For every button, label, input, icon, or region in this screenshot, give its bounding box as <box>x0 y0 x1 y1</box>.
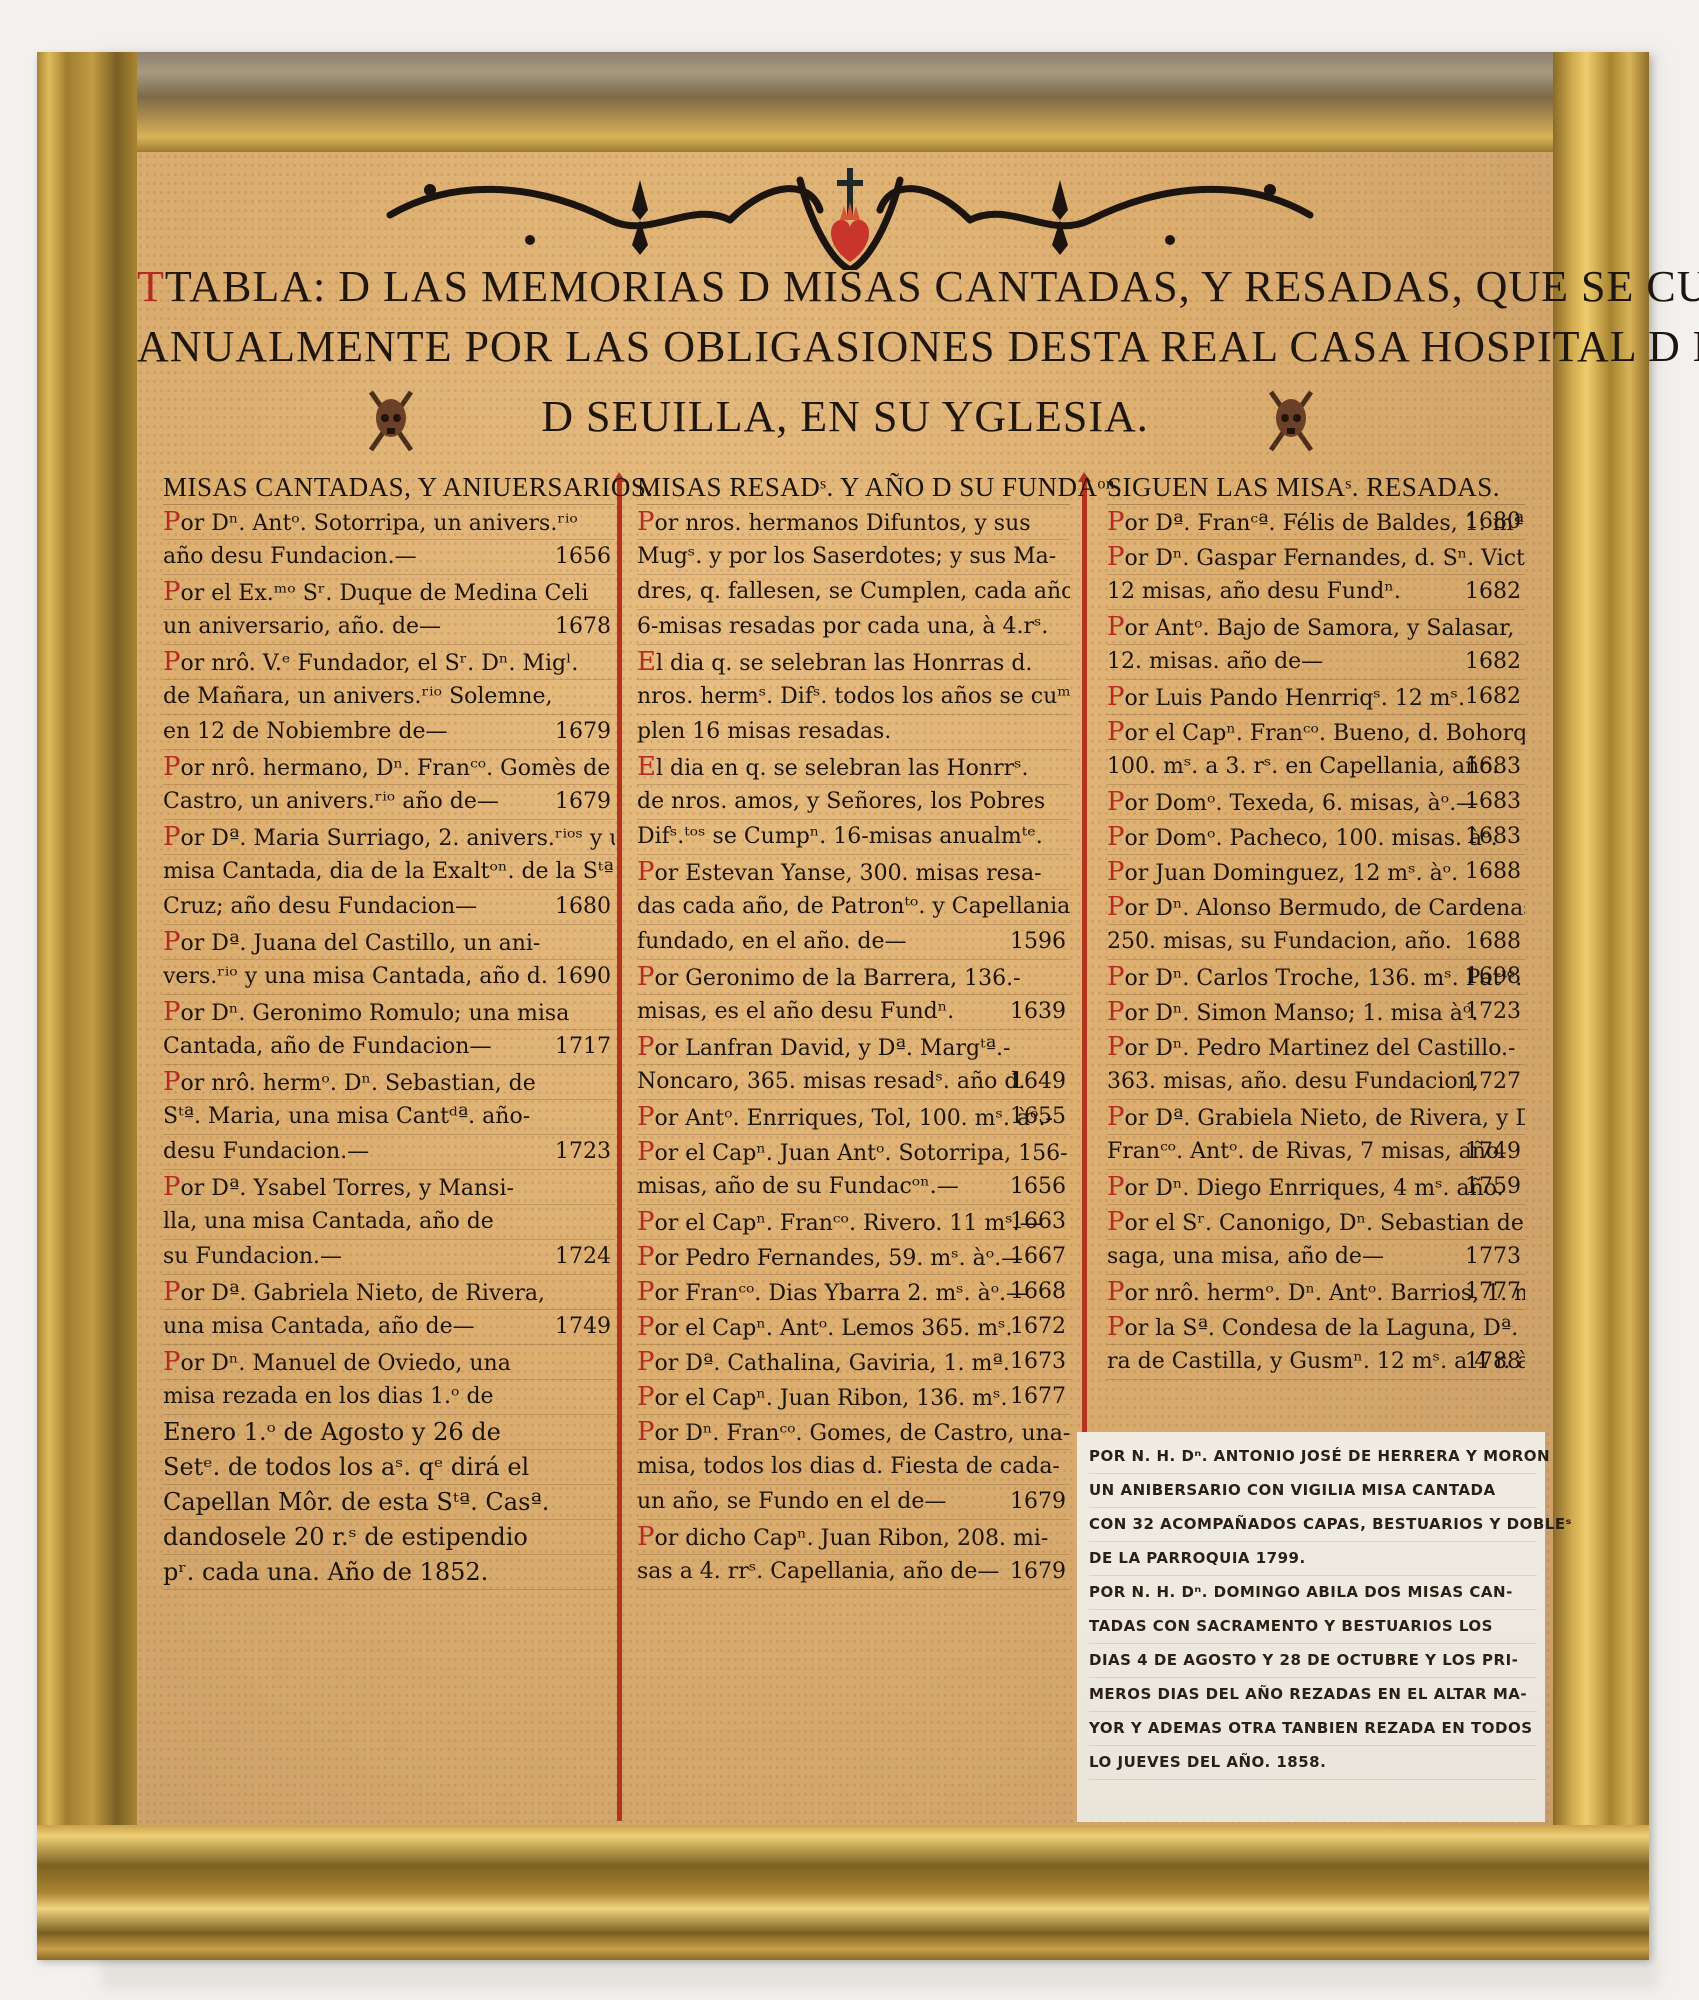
red-initial: P <box>637 507 655 537</box>
entry-line: Por Domᵒ. Texeda, 6. misas, àᵒ.—1683 <box>1107 785 1525 820</box>
red-initial: P <box>163 1277 181 1307</box>
column-heading: SIGUEN LAS MISAˢ. RESADAS. <box>1107 470 1525 505</box>
entry-line: Noncaro, 365. misas resadˢ. año d.1649 <box>637 1065 1070 1100</box>
entry-line: Por el Ex.ᵐᵒ Sʳ. Duque de Medina Celi <box>163 575 615 610</box>
entry-line: Por Dª. Ysabel Torres, y Mansi- <box>163 1170 615 1205</box>
entry-line: Por Dⁿ. Pedro Martinez del Castillo.- <box>1107 1030 1525 1065</box>
addendum-line: dandosele 20 r.ˢ de estipendio <box>163 1520 615 1555</box>
entry-line: Por Pedro Fernandes, 59. mˢ. àᵒ.—1667 <box>637 1240 1070 1275</box>
placard-line: DIAS 4 DE AGOSTO Y 28 DE OCTUBRE Y LOS P… <box>1089 1644 1537 1678</box>
entry-line: Por Antᵒ. Enrriques, Tol, 100. mˢ. àᵒ.-1… <box>637 1100 1070 1135</box>
entry-line: Por Franᶜᵒ. Dias Ybarra 2. mˢ. àᵒ.—1668 <box>637 1275 1070 1310</box>
entry-line: Por Dⁿ. Franᶜᵒ. Gomes, de Castro, una- <box>637 1415 1070 1450</box>
entry-line: Por Luis Pando Henrriqˢ. 12 mˢ.1682 <box>1107 680 1525 715</box>
red-initial: P <box>1107 682 1125 712</box>
entry-line: dres, q. fallesen, se Cumplen, cada año <box>637 575 1070 610</box>
entry-line: Por Dª. Maria Surriago, 2. anivers.ʳⁱᵒˢ … <box>163 820 615 855</box>
title-line-3: D SEUILLA, EN SU YGLESIA. <box>137 392 1553 442</box>
placard-line: CON 32 ACOMPAÑADOS CAPAS, BESTUARIOS Y D… <box>1089 1508 1537 1542</box>
red-initial: P <box>163 927 181 957</box>
red-initial: P <box>1107 612 1125 642</box>
entry-line: das cada año, de Patronᵗᵒ. y Capellania <box>637 890 1070 925</box>
entry-line: vers.ʳⁱᵒ y una misa Cantada, año d.1690 <box>163 960 615 995</box>
entry-line: de nros. amos, y Señores, los Pobres <box>637 785 1070 820</box>
entry-line: 363. misas, año. desu Fundacion,1727 <box>1107 1065 1525 1100</box>
entry-line: plen 16 misas resadas. <box>637 715 1070 750</box>
entry-line: Por Dⁿ. Gaspar Fernandes, d. Sⁿ. Victorˢ… <box>1107 540 1525 575</box>
red-initial: E <box>637 647 656 677</box>
red-initial: P <box>637 857 655 887</box>
red-initial: P <box>637 1277 655 1307</box>
red-initial: P <box>1107 1172 1125 1202</box>
entry-line: Por nrô. hermano, Dⁿ. Franᶜᵒ. Gomès de <box>163 750 615 785</box>
red-initial: E <box>637 752 656 782</box>
entry-line: Cruz; año desu Fundacion—1680 <box>163 890 615 925</box>
entry-line: Por nrô. V.ᵉ Fundador, el Sʳ. Dⁿ. Migˡ. <box>163 645 615 680</box>
entry-line: Por nros. hermanos Difuntos, y sus <box>637 505 1070 540</box>
entry-line: Por Dª. Juana del Castillo, un ani- <box>163 925 615 960</box>
red-initial: P <box>1107 1277 1125 1307</box>
red-initial: P <box>163 822 181 852</box>
red-initial: P <box>637 1207 655 1237</box>
placard-line: YOR Y ADEMAS OTRA TANBIEN REZADA EN TODO… <box>1089 1712 1537 1746</box>
entry-line: Por el Sʳ. Canonigo, Dⁿ. Sebastian de Lo… <box>1107 1205 1525 1240</box>
red-initial: P <box>163 752 181 782</box>
addendum-line: Capellan Môr. de esta Sᵗª. Casª. <box>163 1485 615 1520</box>
ornament-flourish <box>370 160 1330 270</box>
entry-line: El dia en q. se selebran las Honrrˢ. <box>637 750 1070 785</box>
entry-line: Por Domᵒ. Pacheco, 100. misas. àᵒ.1683 <box>1107 820 1525 855</box>
entry-line: Por Estevan Yanse, 300. misas resa- <box>637 855 1070 890</box>
entry-line: misa Cantada, dia de la Exaltᵒⁿ. de la S… <box>163 855 615 890</box>
entry-line: Por el Capⁿ. Franᶜᵒ. Bueno, d. Bohorqˢ. <box>1107 715 1525 750</box>
entry-line: ra de Castilla, y Gusmⁿ. 12 mˢ. a 4 r. à… <box>1107 1345 1525 1380</box>
red-initial: P <box>1107 997 1125 1027</box>
red-initial: P <box>1107 1312 1125 1342</box>
entry-line: Difˢ.ᵗᵒˢ se Cumpⁿ. 16-misas anualmᵗᵉ. <box>637 820 1070 855</box>
entry-line: Por el Capⁿ. Juan Ribon, 136. mˢ.1677 <box>637 1380 1070 1415</box>
frame-left-molding <box>37 52 137 1958</box>
entry-line: 12 misas, año desu Fundⁿ.1682 <box>1107 575 1525 610</box>
entry-line: Por Geronimo de la Barrera, 136.- <box>637 960 1070 995</box>
skull-crossbones-icon-right <box>1265 388 1317 454</box>
column-heading: MISAS RESADˢ. Y AÑO D SU FUNDAᵒⁿ. <box>637 470 1070 505</box>
red-initial: P <box>1107 962 1125 992</box>
entry-line: Por el Capⁿ. Juan Antᵒ. Sotorripa, 156- <box>637 1135 1070 1170</box>
entry-line: Por Juan Dominguez, 12 mˢ. àᵒ.1688 <box>1107 855 1525 890</box>
red-initial: P <box>1107 857 1125 887</box>
entry-line: nros. hermˢ. Difˢ. todos los años se cuᵐ… <box>637 680 1070 715</box>
red-initial: P <box>637 1417 655 1447</box>
red-initial: P <box>637 1312 655 1342</box>
entry-line: Por Dⁿ. Manuel de Oviedo, una <box>163 1345 615 1380</box>
entry-line: lla, una misa Cantada, año de <box>163 1205 615 1240</box>
entry-line: Castro, un anivers.ʳⁱᵒ año de—1679 <box>163 785 615 820</box>
red-initial: P <box>637 1522 655 1552</box>
placard-line: MEROS DIAS DEL AÑO REZADAS EN EL ALTAR M… <box>1089 1678 1537 1712</box>
red-initial: P <box>163 1067 181 1097</box>
later-addition-placard: POR N. H. Dⁿ. ANTONIO JOSÉ DE HERRERA Y … <box>1077 1432 1545 1822</box>
red-initial: P <box>1107 787 1125 817</box>
skull-crossbones-icon-left <box>365 388 417 454</box>
red-initial: P <box>637 1242 655 1272</box>
entry-line: El dia q. se selebran las Honrras d. <box>637 645 1070 680</box>
entry-line: Por la Sª. Condesa de la Laguna, Dª. Elv… <box>1107 1310 1525 1345</box>
entry-line: Por dicho Capⁿ. Juan Ribon, 208. mi- <box>637 1520 1070 1555</box>
entry-line: Por el Capⁿ. Antᵒ. Lemos 365. mˢ.1672 <box>637 1310 1070 1345</box>
title-line-2: ANUALMENTE POR LAS OBLIGASIONES DESTA RE… <box>137 322 1553 372</box>
entry-line: una misa Cantada, año de—1749 <box>163 1310 615 1345</box>
entry-line: desu Fundacion.—1723 <box>163 1135 615 1170</box>
entry-line: misas, año de su Fundacᵒⁿ.—1656 <box>637 1170 1070 1205</box>
red-initial: P <box>1107 892 1125 922</box>
entry-line: Por Dª. Franᶜª. Félis de Baldes, 1. mª. … <box>1107 505 1525 540</box>
placard-line: DE LA PARROQUIA 1799. <box>1089 1542 1537 1576</box>
red-column-divider-1 <box>617 478 622 1821</box>
red-initial: P <box>163 997 181 1027</box>
entry-line: un aniversario, año. de—1678 <box>163 610 615 645</box>
entry-line: Sᵗª. Maria, una misa Cantᵈª. año- <box>163 1100 615 1135</box>
red-initial: P <box>637 962 655 992</box>
red-initial: P <box>1107 717 1125 747</box>
entry-line: Por Antᵒ. Bajo de Samora, y Salasar, <box>1107 610 1525 645</box>
entry-line: fundado, en el año. de—1596 <box>637 925 1070 960</box>
column-siguen-misas-resadas: SIGUEN LAS MISAˢ. RESADAS. Por Dª. Franᶜ… <box>1107 470 1525 1380</box>
entry-line: Mugˢ. y por los Saserdotes; y sus Ma- <box>637 540 1070 575</box>
entry-line: Cantada, año de Fundacion—1717 <box>163 1030 615 1065</box>
red-initial: P <box>637 1347 655 1377</box>
red-initial: P <box>163 647 181 677</box>
red-initial: P <box>163 577 181 607</box>
entry-line: un año, se Fundo en el de—1679 <box>637 1485 1070 1520</box>
red-initial: P <box>637 1102 655 1132</box>
red-initial: P <box>163 507 181 537</box>
entry-line: Por nrô. hermᵒ. Dⁿ. Sebastian, de <box>163 1065 615 1100</box>
red-initial: P <box>1107 542 1125 572</box>
entry-line: 250. misas, su Fundacion, año.1688 <box>1107 925 1525 960</box>
entry-line: saga, una misa, año de—1773 <box>1107 1240 1525 1275</box>
entry-line: Por nrô. hermᵒ. Dⁿ. Antᵒ. Barrios, 1. mª… <box>1107 1275 1525 1310</box>
entry-line: Por Dⁿ. Geronimo Romulo; una misa <box>163 995 615 1030</box>
placard-line: POR N. H. Dⁿ. ANTONIO JOSÉ DE HERRERA Y … <box>1089 1440 1537 1474</box>
addendum-line: pʳ. cada una. Año de 1852. <box>163 1555 615 1590</box>
entry-line: Por Dª. Grabiela Nieto, de Rivera, y Dⁿ. <box>1107 1100 1525 1135</box>
entry-line: Franᶜᵒ. Antᵒ. de Rivas, 7 misas, año.174… <box>1107 1135 1525 1170</box>
red-initial: P <box>1107 1102 1125 1132</box>
frame-bottom-molding <box>37 1825 1649 1960</box>
entry-line: su Fundacion.—1724 <box>163 1240 615 1275</box>
column-misas-cantadas: MISAS CANTADAS, Y ANIUERSARIOS. Por Dⁿ. … <box>163 470 615 1590</box>
entry-line: de Mañara, un anivers.ʳⁱᵒ Solemne, <box>163 680 615 715</box>
entry-line: en 12 de Nobiembre de—1679 <box>163 715 615 750</box>
entry-line: 100. mˢ. a 3. rˢ. en Capellania, año.168… <box>1107 750 1525 785</box>
entry-line: misa rezada en los dias 1.ᵒ de <box>163 1380 615 1415</box>
red-initial: P <box>637 1032 655 1062</box>
column-misas-resadas: MISAS RESADˢ. Y AÑO D SU FUNDAᵒⁿ. Por nr… <box>637 470 1070 1590</box>
red-initial: P <box>637 1137 655 1167</box>
placard-line: TADAS CON SACRAMENTO Y BESTUARIOS LOS <box>1089 1610 1537 1644</box>
entry-line: Por Lanfran David, y Dª. Margᵗª.- <box>637 1030 1070 1065</box>
entry-line: Por Dª. Gabriela Nieto, de Rivera, <box>163 1275 615 1310</box>
addendum-line: Enero 1.ᵒ de Agosto y 26 de <box>163 1415 615 1450</box>
placard-line: UN ANIBERSARIO CON VIGILIA MISA CANTADA <box>1089 1474 1537 1508</box>
entry-line: año desu Fundacion.—1656 <box>163 540 615 575</box>
red-initial: P <box>1107 822 1125 852</box>
title-initial: T <box>137 262 165 311</box>
entry-line: Por Dⁿ. Diego Enrriques, 4 mˢ. año.1759 <box>1107 1170 1525 1205</box>
red-initial: P <box>1107 507 1125 537</box>
entry-line: Por Dⁿ. Alonso Bermudo, de Cardenas, <box>1107 890 1525 925</box>
red-initial: P <box>163 1347 181 1377</box>
placard-line: POR N. H. Dⁿ. DOMINGO ABILA DOS MISAS CA… <box>1089 1576 1537 1610</box>
entry-line: misas, es el año desu Fundⁿ.1639 <box>637 995 1070 1030</box>
red-initial: P <box>1107 1032 1125 1062</box>
entry-line: Por Dⁿ. Carlos Troche, 136. mˢ. Patᵗᵒ.16… <box>1107 960 1525 995</box>
entry-line: sas a 4. rrˢ. Capellania, año de—1679 <box>637 1555 1070 1590</box>
red-initial: P <box>163 1172 181 1202</box>
frame-top-molding <box>37 52 1649 152</box>
red-initial: P <box>637 1382 655 1412</box>
entry-line: Por Dⁿ. Simon Manso; 1. misa àᵒ.1723 <box>1107 995 1525 1030</box>
entry-line: 6-misas resadas por cada una, à 4.rˢ. <box>637 610 1070 645</box>
column-heading: MISAS CANTADAS, Y ANIUERSARIOS. <box>163 470 615 505</box>
entry-line: Por el Capⁿ. Franᶜᵒ. Rivero. 11 mˢ.—1663 <box>637 1205 1070 1240</box>
entry-line: Por Dⁿ. Antᵒ. Sotorripa, un anivers.ʳⁱᵒ <box>163 505 615 540</box>
entry-line: 12. misas. año de—1682 <box>1107 645 1525 680</box>
addendum-line: Setᵉ. de todos los aˢ. qᵉ dirá el <box>163 1450 615 1485</box>
entry-line: Por Dª. Cathalina, Gaviria, 1. mª.1673 <box>637 1345 1070 1380</box>
placard-line: LO JUEVES DEL AÑO. 1858. <box>1089 1746 1537 1780</box>
entry-line: misa, todos los dias d. Fiesta de cada- <box>637 1450 1070 1485</box>
red-initial: P <box>1107 1207 1125 1237</box>
